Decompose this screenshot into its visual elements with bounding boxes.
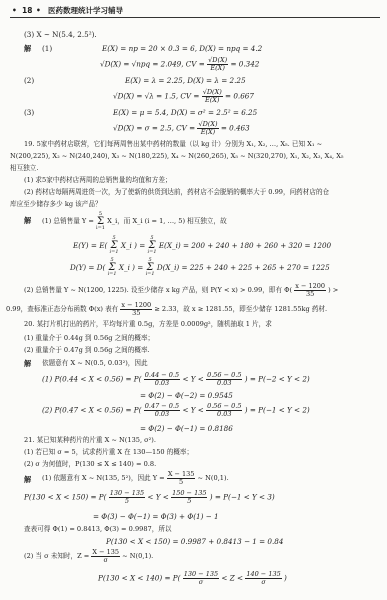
solution-label: 解 bbox=[24, 217, 31, 224]
sub-label: (2) bbox=[24, 77, 34, 84]
textbook-page: • 18 • 医药数理统计学习辅导 (3) X ~ N(5.4, 2.5²). … bbox=[0, 0, 387, 600]
sub-label: (1) bbox=[42, 45, 52, 52]
equation: E(X) = μ = 5.4, D(X) = σ² = 2.5² = 6.25 bbox=[113, 109, 257, 116]
equation: (1) 依题意有 X ~ N(135, 5²)，因此 Y = X − 1355 … bbox=[42, 471, 229, 486]
sub-label: (3) bbox=[24, 109, 34, 116]
problem-19-statement: 19. 5家中药材店联营，它们每两周售出某中药材的数量（以 kg 计）分别为 X… bbox=[24, 141, 322, 148]
solution-label: 解 bbox=[24, 476, 31, 483]
equation: 依题意有 X ~ N(0.5, 0.03²)，因此 bbox=[42, 360, 148, 367]
equation: P(130 < X < 150) = P( 130 − 1355 < Y < 1… bbox=[24, 490, 275, 505]
equation: P(130 < X < 140) = P( 130 − 135σ < Z < 1… bbox=[98, 571, 287, 586]
problem-19-question-2: (2) 药材店每隔两周进货一次，为了使新的供货到达前，药材店不会脱销的概率大于 … bbox=[24, 189, 329, 196]
solution-label: 解 bbox=[24, 45, 31, 52]
problem-21-question-2: (2) σ 为何值时，P(130 ≤ X ≤ 140) = 0.8. bbox=[24, 461, 156, 468]
equation: (2) P(0.47 < X < 0.56) = P( 0.47 − 0.50.… bbox=[42, 403, 310, 418]
equation: P(130 < X < 150) = 0.9987 + 0.8413 − 1 =… bbox=[106, 538, 283, 545]
table-lookup-text: 查表可得 Φ(1) = 0.8413, Φ(3) = 0.9987，所以 bbox=[24, 526, 172, 533]
page-number: 18 bbox=[22, 7, 32, 15]
equation: (2) 总销售量 Y ~ N(1200, 1225). 设至少储存 x kg 产… bbox=[24, 283, 338, 298]
header-bullet-right: • bbox=[36, 7, 41, 15]
equation: (2) 当 σ 未知时，Z = X − 135σ ~ N(0,1). bbox=[24, 549, 153, 564]
equation: = Φ(3) − Φ(−1) = Φ(3) + Φ(1) − 1 bbox=[93, 513, 219, 520]
equation: √D(X) = √npq = 2.049, CV = √D(X)E(X) = 0… bbox=[100, 57, 259, 72]
equation: 0.99，查标准正态分布函数 Φ(x) 表有 x − 120035 ≥ 2.33… bbox=[6, 302, 327, 317]
equation: E(X) = np = 20 × 0.3 = 6, D(X) = npq = 4… bbox=[102, 45, 262, 52]
problem-21-statement: 21. 某已知某种药片的片重 X ~ N(135, σ²). bbox=[24, 437, 156, 444]
problem-19-question-2: 库应至少储存多少 kg 该产品？ bbox=[10, 201, 102, 208]
problem-20-question-2: (2) 重量介于 0.47g 到 0.56g 之间的概率. bbox=[24, 347, 150, 354]
equation: √D(X) = √λ = 1.5, CV = √D(X)E(X) = 0.667 bbox=[113, 89, 254, 104]
equation: (1) P(0.44 < X < 0.56) = P( 0.44 − 0.50.… bbox=[42, 372, 310, 387]
problem-19-statement: N(200,225), X₂ ~ N(240,240), X₃ ~ N(180,… bbox=[10, 153, 344, 160]
equation: √D(X) = σ = 2.5, CV = √D(X)E(X) = 0.463 bbox=[113, 121, 250, 136]
problem-19-statement: 相互独立. bbox=[10, 165, 38, 172]
equation: = Φ(2) − Φ(−1) = 0.8186 bbox=[140, 425, 233, 432]
book-title: 医药数理统计学习辅导 bbox=[48, 7, 123, 15]
equation: = Φ(2) − Φ(−2) = 0.9545 bbox=[140, 392, 233, 399]
equation: (1) 总销售量 Y = 5Σi=1 X_i，而 X_i (i = 1, …, … bbox=[42, 212, 227, 231]
problem-18-part3: (3) X ~ N(5.4, 2.5²). bbox=[24, 31, 97, 38]
equation: E(Y) = E( 5Σi=1 X_i ) = 5Σi=1 E(X_i) = 2… bbox=[73, 236, 331, 255]
problem-21-question-1: (1) 若已知 σ = 5，试求药片重 X 在 130—150 的概率； bbox=[24, 449, 193, 456]
problem-20-question-1: (1) 重量介于 0.44g 到 0.56g 之间的概率； bbox=[24, 335, 154, 342]
header-bullet-left: • bbox=[12, 7, 17, 15]
equation: D(Y) = D( 5Σi=1 X_i ) = 5Σi=1 D(X_i) = 2… bbox=[70, 258, 330, 277]
equation: E(X) = λ = 2.25, D(X) = λ = 2.25 bbox=[125, 77, 246, 84]
page-header: • 18 • 医药数理统计学习辅导 bbox=[10, 4, 380, 18]
solution-label: 解 bbox=[24, 360, 31, 367]
problem-20-statement: 20. 某打片机打出的药片，平均每片重 0.5g，方差是 0.0009g²，随机… bbox=[24, 321, 272, 328]
problem-19-question-1: (1) 求5家中药材店两周的总销售量的均值和方差； bbox=[24, 177, 172, 184]
